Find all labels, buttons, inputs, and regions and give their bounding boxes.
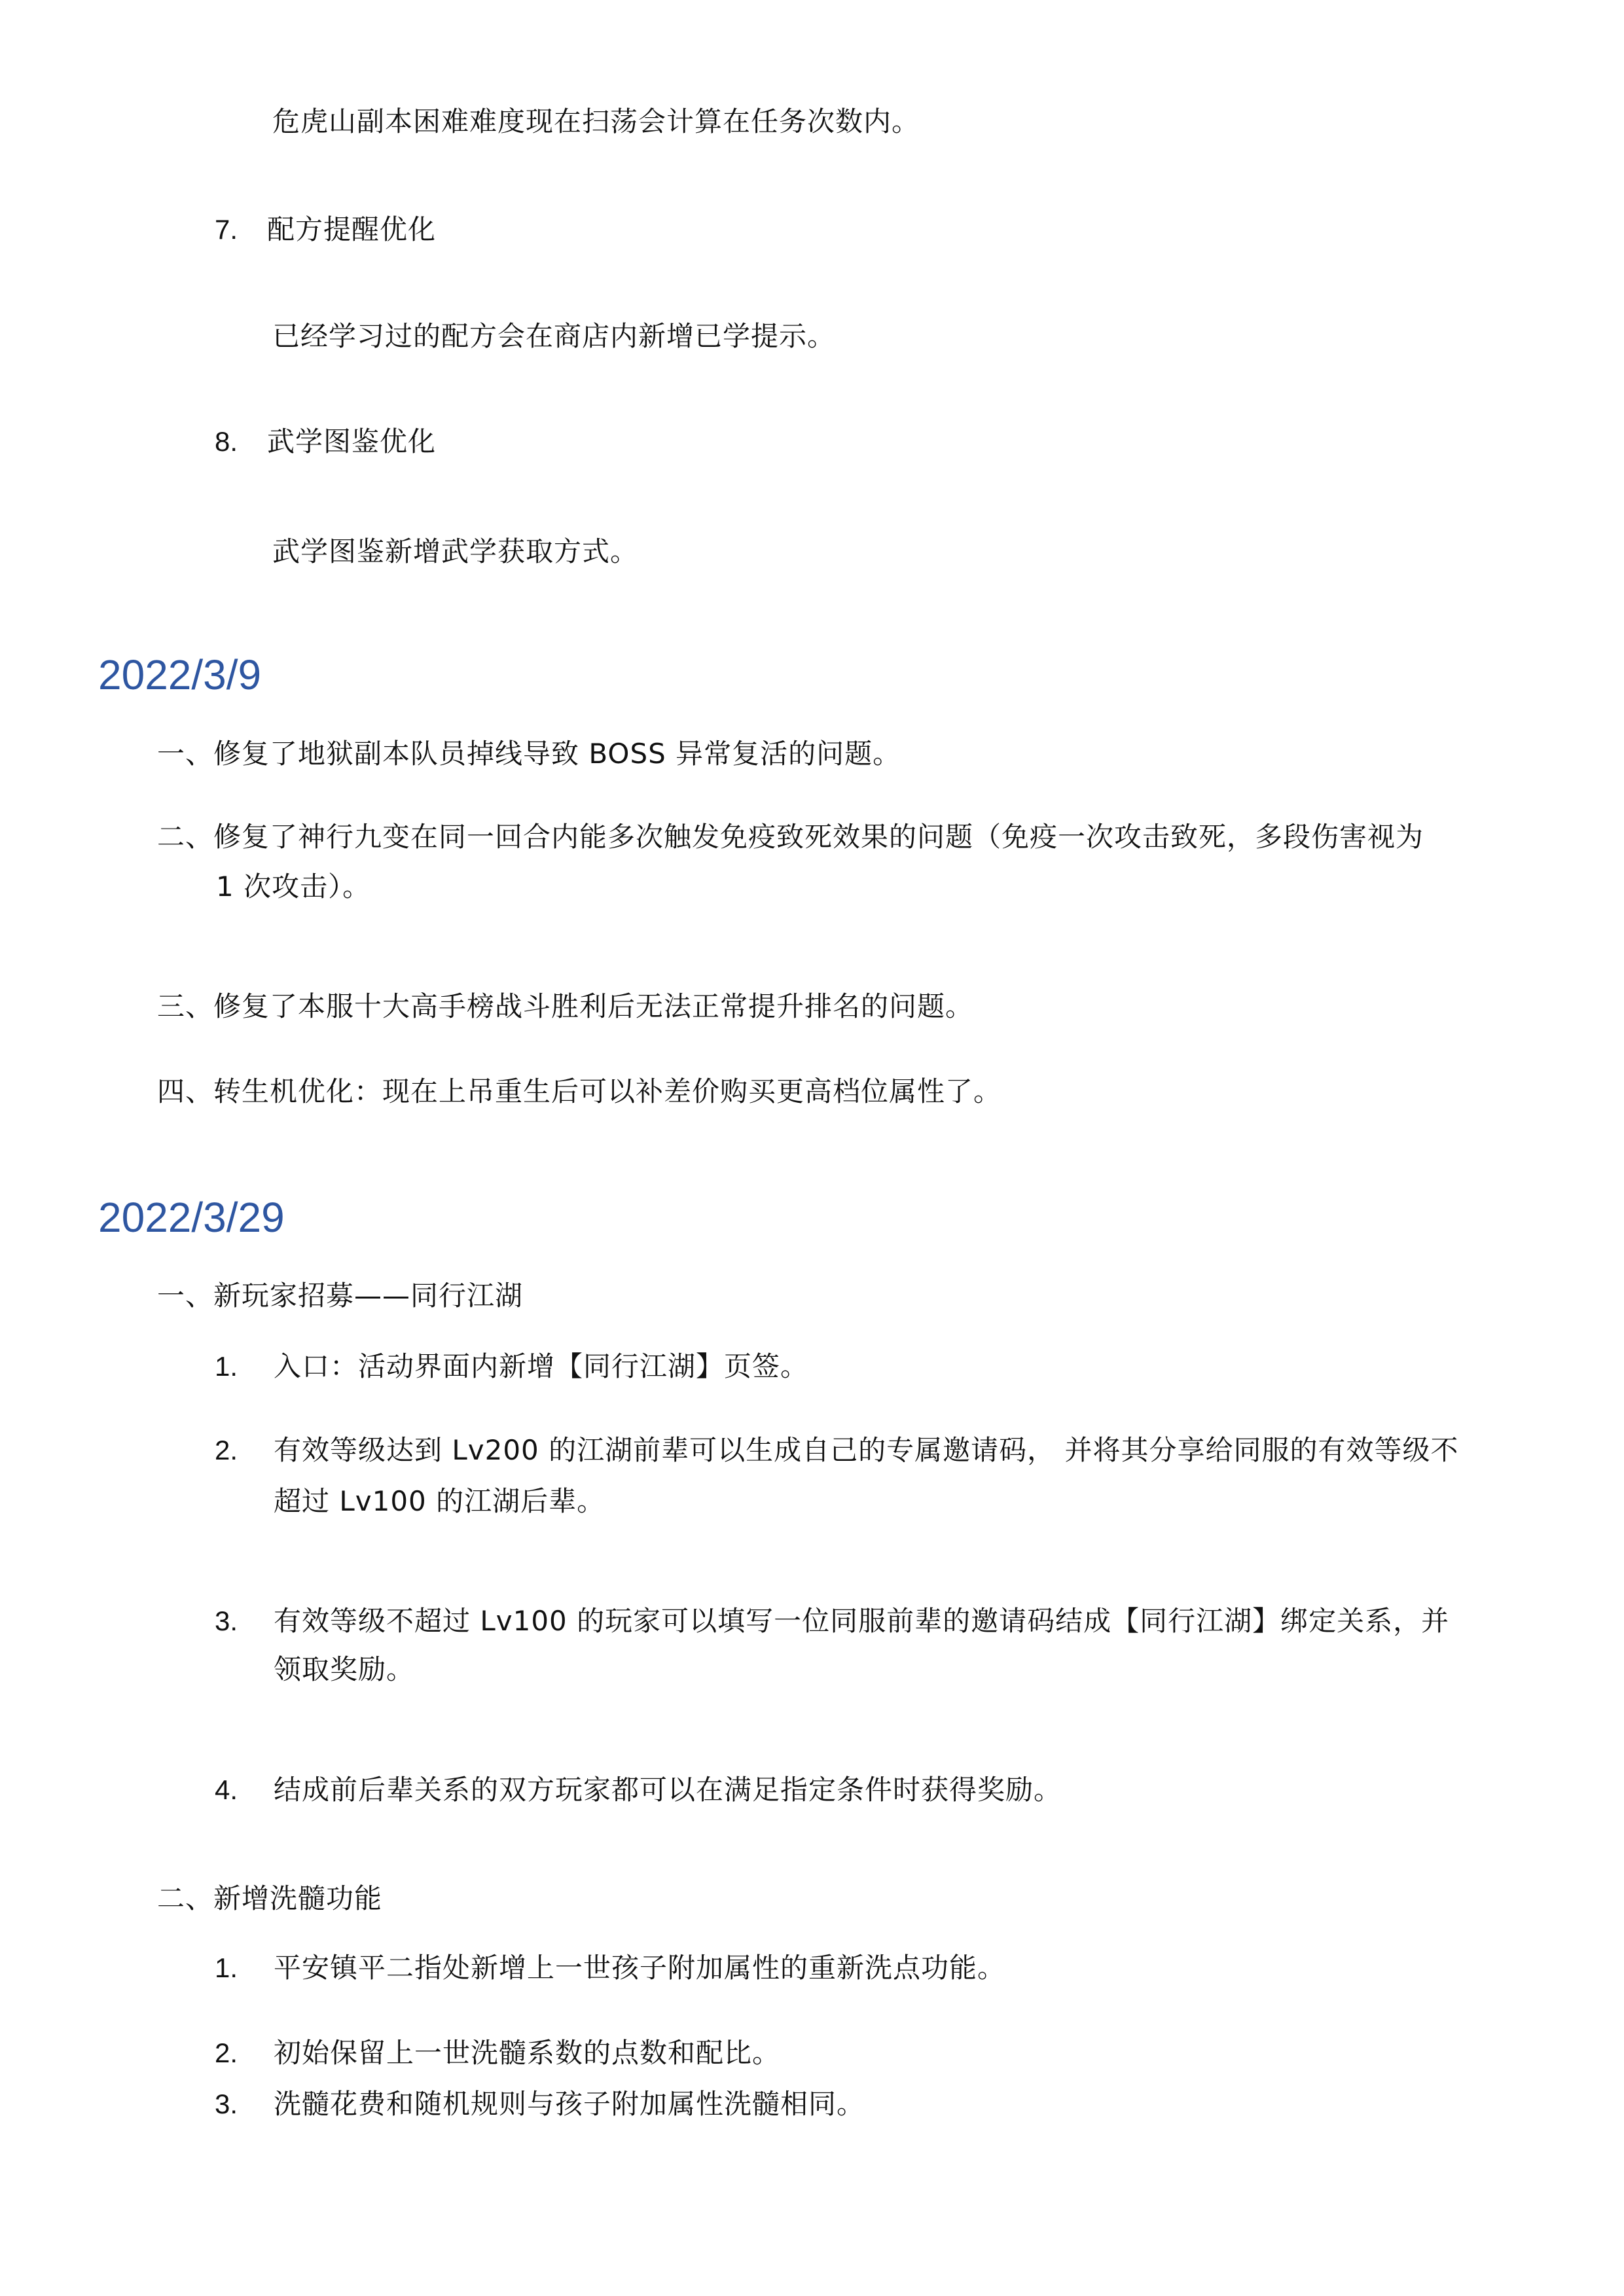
recruit-item-3-continuation: 领取奖励。 bbox=[274, 1653, 414, 1686]
section-date-heading: 2022/3/9 bbox=[98, 652, 261, 698]
recruit-item-2-continuation: 超过 Lv100 的江湖后辈。 bbox=[274, 1485, 605, 1518]
item-8-title: 武学图鉴优化 bbox=[267, 425, 436, 458]
fix-item-2: 二、修复了神行九变在同一回合内能多次触发免疫致死效果的问题（免疫一次攻击致死，多… bbox=[157, 821, 1424, 853]
recruit-item-2: 有效等级达到 Lv200 的江湖前辈可以生成自己的专属邀请码， 并将其分享给同服… bbox=[274, 1434, 1458, 1467]
fix-item-1: 一、修复了地狱副本队员掉线导致 BOSS 异常复活的问题。 bbox=[157, 738, 901, 770]
list-number: 3. bbox=[215, 1605, 238, 1638]
item-6-description: 危虎山副本困难难度现在扫荡会计算在任务次数内。 bbox=[272, 105, 920, 138]
marrow-item-2: 初始保留上一世洗髓系数的点数和配比。 bbox=[274, 2037, 780, 2070]
list-number: 1. bbox=[215, 1350, 238, 1383]
fix-item-4: 四、转生机优化：现在上吊重生后可以补差价购买更高档位属性了。 bbox=[157, 1075, 1001, 1108]
item-8-description: 武学图鉴新增武学获取方式。 bbox=[272, 535, 638, 568]
section-date-heading: 2022/3/29 bbox=[98, 1194, 285, 1240]
item-7-description: 已经学习过的配方会在商店内新增已学提示。 bbox=[272, 320, 835, 353]
recruit-item-3: 有效等级不超过 Lv100 的玩家可以填写一位同服前辈的邀请码结成【同行江湖】绑… bbox=[274, 1605, 1449, 1638]
list-number: 7. bbox=[215, 213, 238, 246]
list-number: 8. bbox=[215, 425, 238, 458]
recruit-item-1: 入口：活动界面内新增【同行江湖】页签。 bbox=[274, 1350, 808, 1383]
recruit-item-4: 结成前后辈关系的双方玩家都可以在满足指定条件时获得奖励。 bbox=[274, 1774, 1062, 1806]
fix-item-3: 三、修复了本服十大高手榜战斗胜利后无法正常提升排名的问题。 bbox=[157, 990, 973, 1023]
marrow-item-1: 平安镇平二指处新增上一世孩子附加属性的重新洗点功能。 bbox=[274, 1952, 1005, 1984]
list-number: 2. bbox=[215, 1434, 238, 1467]
list-number: 2. bbox=[215, 2037, 238, 2070]
list-number: 1. bbox=[215, 1952, 238, 1984]
list-number: 4. bbox=[215, 1774, 238, 1806]
list-number: 3. bbox=[215, 2088, 238, 2121]
marrow-item-3: 洗髓花费和随机规则与孩子附加属性洗髓相同。 bbox=[274, 2088, 865, 2121]
fix-item-2-continuation: 1 次攻击）。 bbox=[216, 870, 370, 903]
item-7-title: 配方提醒优化 bbox=[267, 213, 436, 246]
group-title-recruit: 一、新玩家招募——同行江湖 bbox=[157, 1280, 523, 1312]
group-title-marrow-wash: 二、新增洗髓功能 bbox=[157, 1882, 382, 1915]
